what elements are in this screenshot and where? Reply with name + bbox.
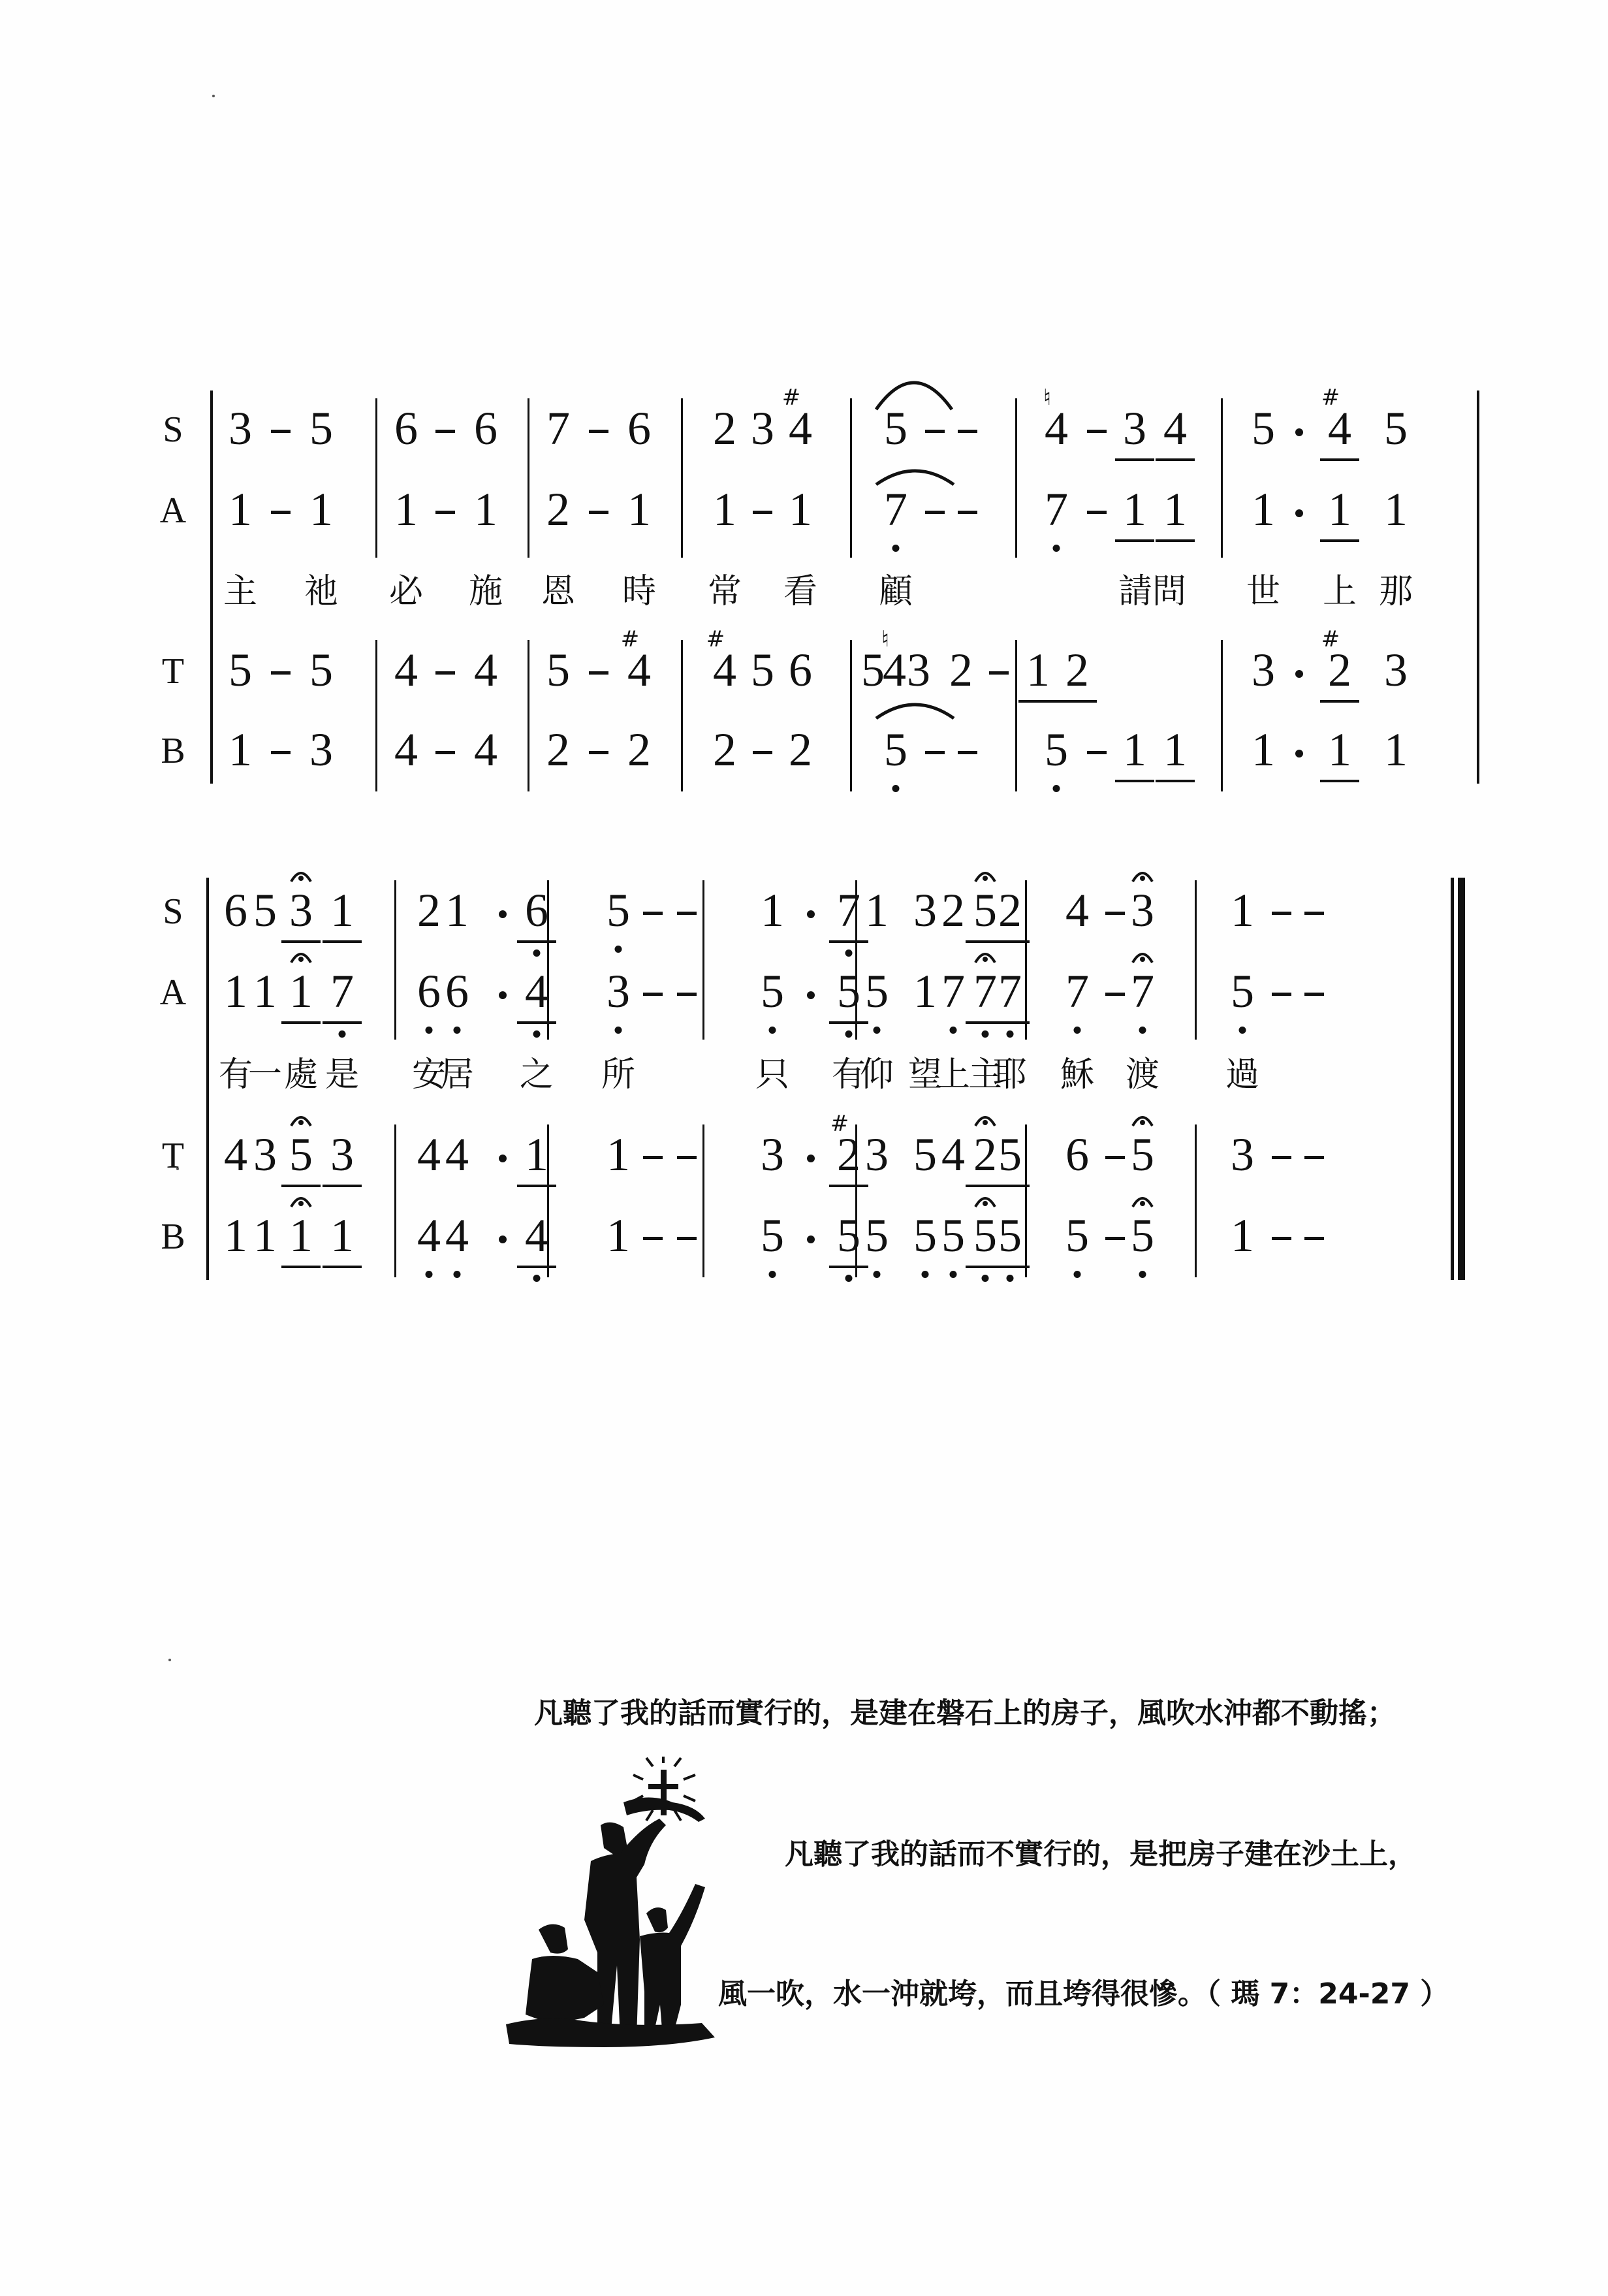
- sustain-dash: [589, 751, 608, 754]
- note-a: 7: [327, 968, 357, 1015]
- fermata-icon: [289, 948, 313, 964]
- note-s: 3: [1127, 887, 1158, 934]
- lyric-syllable: 必: [389, 575, 423, 609]
- sustain-dash: [643, 993, 663, 996]
- sustain-dash: [1304, 993, 1324, 996]
- eighth-underline: [517, 1185, 556, 1187]
- note-b: 1: [603, 1212, 633, 1259]
- sustain-dash: [677, 912, 697, 915]
- note-b: 1: [1227, 1212, 1257, 1259]
- low-octave-dot: [533, 949, 541, 957]
- verse-line-2: 凡聽了我的話而不實行的，是把房子建在沙土上，: [785, 1839, 1417, 1870]
- eighth-underline: [990, 1185, 1030, 1187]
- eighth-underline: [517, 1021, 556, 1024]
- sharp-icon: #: [782, 387, 801, 409]
- fermata-icon: [1131, 1192, 1154, 1208]
- low-octave-dot: [426, 1271, 433, 1278]
- sustain-dash: [925, 751, 945, 754]
- note-t: 5: [748, 646, 778, 694]
- barline: [1477, 391, 1479, 784]
- note-a: 1: [624, 486, 654, 533]
- note-t: 3: [1248, 646, 1278, 694]
- note-a: 7: [938, 968, 968, 1015]
- note-b: 5: [757, 1212, 787, 1259]
- note-b: 1: [1160, 726, 1190, 773]
- note-t: 1: [603, 1131, 633, 1178]
- eighth-underline: [281, 1021, 321, 1024]
- note-a: 7: [881, 486, 911, 533]
- sustain-dash: [435, 751, 455, 754]
- sustain-dash: [643, 912, 663, 915]
- sharp-icon: #: [1321, 387, 1340, 409]
- augmentation-dot: [807, 1236, 815, 1243]
- fermata-icon: [973, 948, 997, 964]
- low-octave-dot: [1074, 1027, 1081, 1034]
- low-octave-dot: [1139, 1271, 1146, 1278]
- note-t: 3: [250, 1131, 280, 1178]
- note-a: 1: [250, 968, 280, 1015]
- note-t: 5: [306, 646, 336, 694]
- low-octave-dot: [892, 545, 900, 552]
- sustain-dash: [677, 1156, 697, 1159]
- lyric-syllable: 之: [520, 1058, 554, 1092]
- eighth-underline: [990, 940, 1030, 943]
- note-a: 1: [1160, 486, 1190, 533]
- sustain-dash: [271, 430, 291, 433]
- eighth-underline: [990, 1021, 1030, 1024]
- eighth-underline: [1156, 539, 1195, 542]
- note-s: 1: [757, 887, 787, 934]
- part-label-b: B: [153, 733, 193, 769]
- sustain-dash: [1304, 912, 1324, 915]
- sustain-dash: [677, 1237, 697, 1240]
- slur-arc: [875, 467, 955, 487]
- sustain-dash: [1087, 751, 1107, 754]
- eighth-underline: [323, 1021, 362, 1024]
- eighth-underline: [1156, 458, 1195, 461]
- barline: [394, 880, 396, 1040]
- lyric-syllable: 渡: [1126, 1058, 1159, 1092]
- note-t: 4: [221, 1131, 251, 1178]
- final-barline-thick: [1458, 878, 1465, 1280]
- barline: [850, 398, 852, 558]
- lyric-syllable: 施: [469, 575, 503, 609]
- low-octave-dot: [1007, 1275, 1014, 1282]
- part-label-t: T: [153, 653, 193, 690]
- note-s: 2: [995, 887, 1025, 934]
- note-b: 5: [834, 1212, 864, 1259]
- part-label-s: S: [153, 893, 193, 930]
- barline: [375, 398, 377, 558]
- note-s: 6: [624, 405, 654, 452]
- sustain-dash: [435, 430, 455, 433]
- note-a: 7: [1062, 968, 1092, 1015]
- note-s: 1: [442, 887, 472, 934]
- note-s: 6: [471, 405, 501, 452]
- slur-arc: [875, 701, 955, 721]
- lyric-syllable: 穌: [1060, 1058, 1094, 1092]
- note-a: 1: [1248, 486, 1278, 533]
- note-s: 6: [221, 887, 251, 934]
- lyric-syllable: 時: [622, 575, 656, 609]
- lyric-syllable: 主: [223, 575, 257, 609]
- fermata-icon: [973, 1111, 997, 1127]
- note-t: 4: [414, 1131, 444, 1178]
- lyric-syllable: 那: [1379, 575, 1413, 609]
- eighth-underline: [829, 1266, 868, 1268]
- augmentation-dot: [1295, 670, 1303, 678]
- lyric-syllable: 處: [284, 1058, 318, 1092]
- barline: [528, 398, 529, 558]
- sustain-dash: [753, 751, 772, 754]
- note-t: 1: [522, 1131, 552, 1178]
- sustain-dash: [589, 511, 608, 514]
- note-a: 5: [862, 968, 892, 1015]
- note-b: 2: [624, 726, 654, 773]
- lyric-syllable: 祂: [304, 575, 338, 609]
- fermata-icon: [289, 1111, 313, 1127]
- barline: [1195, 1124, 1197, 1277]
- note-a: 1: [910, 968, 940, 1015]
- sustain-dash: [271, 671, 291, 675]
- barline: [375, 640, 377, 791]
- note-t: 5: [910, 1131, 940, 1178]
- note-b: 1: [327, 1212, 357, 1259]
- barline: [681, 640, 683, 791]
- eighth-underline: [990, 1266, 1030, 1268]
- note-b: 5: [862, 1212, 892, 1259]
- note-t: 4: [391, 646, 421, 694]
- low-octave-dot: [845, 949, 853, 957]
- note-b: 3: [306, 726, 336, 773]
- note-s: 4: [785, 405, 815, 452]
- eighth-underline: [1115, 539, 1154, 542]
- eighth-underline: [281, 1266, 321, 1268]
- lyric-syllable: 過: [1225, 1058, 1259, 1092]
- note-t: 4: [710, 646, 740, 694]
- fermata-icon: [1131, 948, 1154, 964]
- note-b: 5: [995, 1212, 1025, 1259]
- part-label-a: A: [153, 974, 193, 1011]
- lyric-syllable: 只: [755, 1058, 789, 1092]
- note-t: 5: [995, 1131, 1025, 1178]
- barline: [1025, 880, 1027, 1040]
- augmentation-dot: [499, 991, 507, 999]
- barline: [1195, 880, 1197, 1040]
- barline: [210, 391, 213, 784]
- eighth-underline: [323, 1266, 362, 1268]
- barline: [681, 398, 683, 558]
- fermata-icon: [973, 867, 997, 883]
- barline: [1025, 1124, 1027, 1277]
- note-a: 2: [543, 486, 573, 533]
- note-t: 2: [1325, 646, 1355, 694]
- barline: [394, 1124, 396, 1277]
- note-s: 1: [862, 887, 892, 934]
- sustain-dash: [1087, 430, 1107, 433]
- note-b: 1: [1325, 726, 1355, 773]
- note-b: 1: [1120, 726, 1150, 773]
- note-a: 4: [522, 968, 552, 1015]
- note-a: 6: [414, 968, 444, 1015]
- low-octave-dot: [615, 946, 622, 953]
- lyric-syllable: 顧: [879, 575, 913, 609]
- eighth-underline: [1320, 539, 1359, 542]
- note-t: 2: [946, 646, 976, 694]
- fermata-icon: [289, 867, 313, 883]
- sustain-dash: [677, 993, 697, 996]
- sustain-dash: [589, 671, 608, 675]
- augmentation-dot: [807, 991, 815, 999]
- note-s: 6: [391, 405, 421, 452]
- eighth-underline: [323, 1185, 362, 1187]
- barline: [850, 640, 852, 791]
- note-a: 1: [710, 486, 740, 533]
- eighth-underline: [323, 940, 362, 943]
- note-s: 1: [1227, 887, 1257, 934]
- note-a: 7: [1041, 486, 1071, 533]
- eighth-underline: [1320, 700, 1359, 703]
- verse-line-1: 凡聽了我的話而實行的，是建在磐石上的房子，風吹水沖都不動搖；: [534, 1698, 1396, 1729]
- lyric-syllable: 所: [601, 1058, 635, 1092]
- note-t: 5: [225, 646, 255, 694]
- note-a: 1: [785, 486, 815, 533]
- low-octave-dot: [892, 785, 900, 792]
- low-octave-dot: [533, 1275, 541, 1282]
- sheet-music-page: SATB356676234#54♮3454#511112111771111155…: [0, 0, 1608, 2296]
- fermata-icon: [973, 1192, 997, 1208]
- augmentation-dot: [807, 1155, 815, 1162]
- barline: [1221, 640, 1223, 791]
- sustain-dash: [1272, 993, 1291, 996]
- note-t: 4: [471, 646, 501, 694]
- note-s: 4: [1325, 405, 1355, 452]
- sustain-dash: [1105, 912, 1125, 915]
- final-barline-thin: [1451, 878, 1454, 1280]
- sustain-dash: [925, 430, 945, 433]
- augmentation-dot: [499, 910, 507, 918]
- note-b: 2: [543, 726, 573, 773]
- natural-icon: ♮: [1043, 387, 1051, 409]
- low-octave-dot: [339, 1030, 346, 1038]
- note-s: 5: [250, 887, 280, 934]
- part-label-t: T: [153, 1138, 193, 1174]
- lyric-syllable: 上: [936, 1058, 970, 1092]
- note-t: 4: [442, 1131, 472, 1178]
- note-s: 4: [1160, 405, 1190, 452]
- note-a: 6: [442, 968, 472, 1015]
- note-b: 5: [1062, 1212, 1092, 1259]
- note-t: 4: [624, 646, 654, 694]
- note-b: 4: [391, 726, 421, 773]
- part-label-b: B: [153, 1219, 193, 1255]
- low-octave-dot: [982, 1275, 989, 1282]
- eighth-underline: [829, 1021, 868, 1024]
- note-s: 6: [522, 887, 552, 934]
- eighth-underline: [1115, 780, 1154, 782]
- lyric-syllable: 居: [440, 1058, 474, 1092]
- eighth-underline: [517, 940, 556, 943]
- note-a: 1: [221, 968, 251, 1015]
- note-s: 2: [414, 887, 444, 934]
- eighth-underline: [829, 1185, 868, 1187]
- note-b: 4: [414, 1212, 444, 1259]
- sharp-icon: #: [621, 628, 640, 650]
- note-b: 5: [881, 726, 911, 773]
- note-a: 1: [1325, 486, 1355, 533]
- note-t: 3: [862, 1131, 892, 1178]
- note-t: 4: [938, 1131, 968, 1178]
- note-t: 3: [904, 646, 934, 694]
- fermata-icon: [289, 1192, 313, 1208]
- note-s: 3: [286, 887, 316, 934]
- low-octave-dot: [1239, 1027, 1246, 1034]
- fermata-icon: [1131, 867, 1154, 883]
- low-octave-dot: [845, 1275, 853, 1282]
- sustain-dash: [1087, 511, 1107, 514]
- eighth-underline: [1320, 458, 1359, 461]
- sustain-dash: [753, 511, 772, 514]
- eighth-underline: [1320, 780, 1359, 782]
- note-a: 5: [834, 968, 864, 1015]
- low-octave-dot: [874, 1271, 881, 1278]
- note-s: 5: [1381, 405, 1411, 452]
- lyric-syllable: 世: [1246, 575, 1280, 609]
- sharp-icon: #: [830, 1113, 849, 1135]
- eighth-underline: [829, 940, 868, 943]
- low-octave-dot: [1053, 785, 1060, 792]
- sustain-dash: [1304, 1156, 1324, 1159]
- note-a: 1: [391, 486, 421, 533]
- note-s: 2: [938, 887, 968, 934]
- scan-speck: [212, 95, 215, 97]
- note-b: 1: [250, 1212, 280, 1259]
- low-octave-dot: [454, 1271, 461, 1278]
- note-b: 5: [1041, 726, 1071, 773]
- note-t: 3: [1381, 646, 1411, 694]
- augmentation-dot: [499, 1155, 507, 1162]
- low-octave-dot: [615, 1027, 622, 1034]
- sustain-dash: [1105, 1237, 1125, 1240]
- lyric-syllable: 是: [325, 1058, 359, 1092]
- note-s: 3: [225, 405, 255, 452]
- verse-line-3: 風一吹，水一沖就垮，而且垮得很慘。（ 瑪 7：24-27 ）: [718, 1979, 1449, 2010]
- barline: [1015, 640, 1017, 791]
- low-octave-dot: [1139, 1027, 1146, 1034]
- note-s: 7: [543, 405, 573, 452]
- low-octave-dot: [454, 1027, 461, 1034]
- note-a: 5: [1227, 968, 1257, 1015]
- eighth-underline: [1115, 458, 1154, 461]
- note-t: 3: [1227, 1131, 1257, 1178]
- note-s: 5: [306, 405, 336, 452]
- note-s: 4: [1041, 405, 1071, 452]
- eighth-underline: [1156, 780, 1195, 782]
- slur-arc: [875, 375, 953, 412]
- note-b: 4: [442, 1212, 472, 1259]
- note-b: 1: [1248, 726, 1278, 773]
- sustain-dash: [1272, 912, 1291, 915]
- note-a: 1: [1381, 486, 1411, 533]
- note-s: 3: [910, 887, 940, 934]
- sustain-dash: [589, 430, 608, 433]
- note-s: 2: [710, 405, 740, 452]
- note-s: 3: [748, 405, 778, 452]
- note-a: 1: [471, 486, 501, 533]
- note-b: 2: [785, 726, 815, 773]
- scan-speck: [176, 1168, 179, 1170]
- low-octave-dot: [769, 1027, 776, 1034]
- barline: [1015, 398, 1017, 558]
- low-octave-dot: [533, 1030, 541, 1038]
- barline: [1221, 398, 1223, 558]
- eighth-underline: [1058, 700, 1097, 703]
- low-octave-dot: [1007, 1030, 1014, 1038]
- low-octave-dot: [1053, 545, 1060, 552]
- note-s: 1: [327, 887, 357, 934]
- note-b: 1: [221, 1212, 251, 1259]
- note-s: 7: [834, 887, 864, 934]
- eighth-underline: [517, 1266, 556, 1268]
- note-s: 4: [1062, 887, 1092, 934]
- augmentation-dot: [807, 910, 815, 918]
- barline: [528, 640, 529, 791]
- note-t: 5: [543, 646, 573, 694]
- sustain-dash: [1272, 1156, 1291, 1159]
- sustain-dash: [643, 1237, 663, 1240]
- note-b: 4: [522, 1212, 552, 1259]
- note-t: 1: [1023, 646, 1053, 694]
- lyric-syllable: 請問: [1118, 575, 1186, 609]
- sharp-icon: #: [1321, 628, 1340, 650]
- augmentation-dot: [499, 1236, 507, 1243]
- low-octave-dot: [426, 1027, 433, 1034]
- note-a: 7: [995, 968, 1025, 1015]
- sharp-icon: #: [706, 628, 725, 650]
- lyric-syllable: 仰: [860, 1058, 894, 1092]
- sustain-dash: [1304, 1237, 1324, 1240]
- part-label-a: A: [153, 492, 193, 529]
- sustain-dash: [271, 751, 291, 754]
- augmentation-dot: [1295, 509, 1303, 517]
- note-b: 4: [471, 726, 501, 773]
- lyric-syllable: 一: [248, 1058, 282, 1092]
- note-t: 2: [1062, 646, 1092, 694]
- note-s: 5: [603, 887, 633, 934]
- note-t: 6: [1062, 1131, 1092, 1178]
- low-octave-dot: [950, 1271, 957, 1278]
- note-b: 5: [938, 1212, 968, 1259]
- lyric-syllable: 上: [1323, 575, 1357, 609]
- sustain-dash: [435, 671, 455, 675]
- sustain-dash: [1105, 993, 1125, 996]
- lyric-syllable: 耶: [993, 1058, 1027, 1092]
- note-b: 1: [286, 1212, 316, 1259]
- note-t: 6: [785, 646, 815, 694]
- sustain-dash: [958, 511, 977, 514]
- note-a: 3: [603, 968, 633, 1015]
- sustain-dash: [958, 430, 977, 433]
- eighth-underline: [281, 1185, 321, 1187]
- note-s: 5: [1248, 405, 1278, 452]
- low-octave-dot: [922, 1271, 929, 1278]
- note-a: 1: [225, 486, 255, 533]
- natural-icon: ♮: [881, 628, 889, 650]
- sustain-dash: [643, 1156, 663, 1159]
- low-octave-dot: [1074, 1271, 1081, 1278]
- part-label-s: S: [153, 411, 193, 448]
- note-t: 5: [1127, 1131, 1158, 1178]
